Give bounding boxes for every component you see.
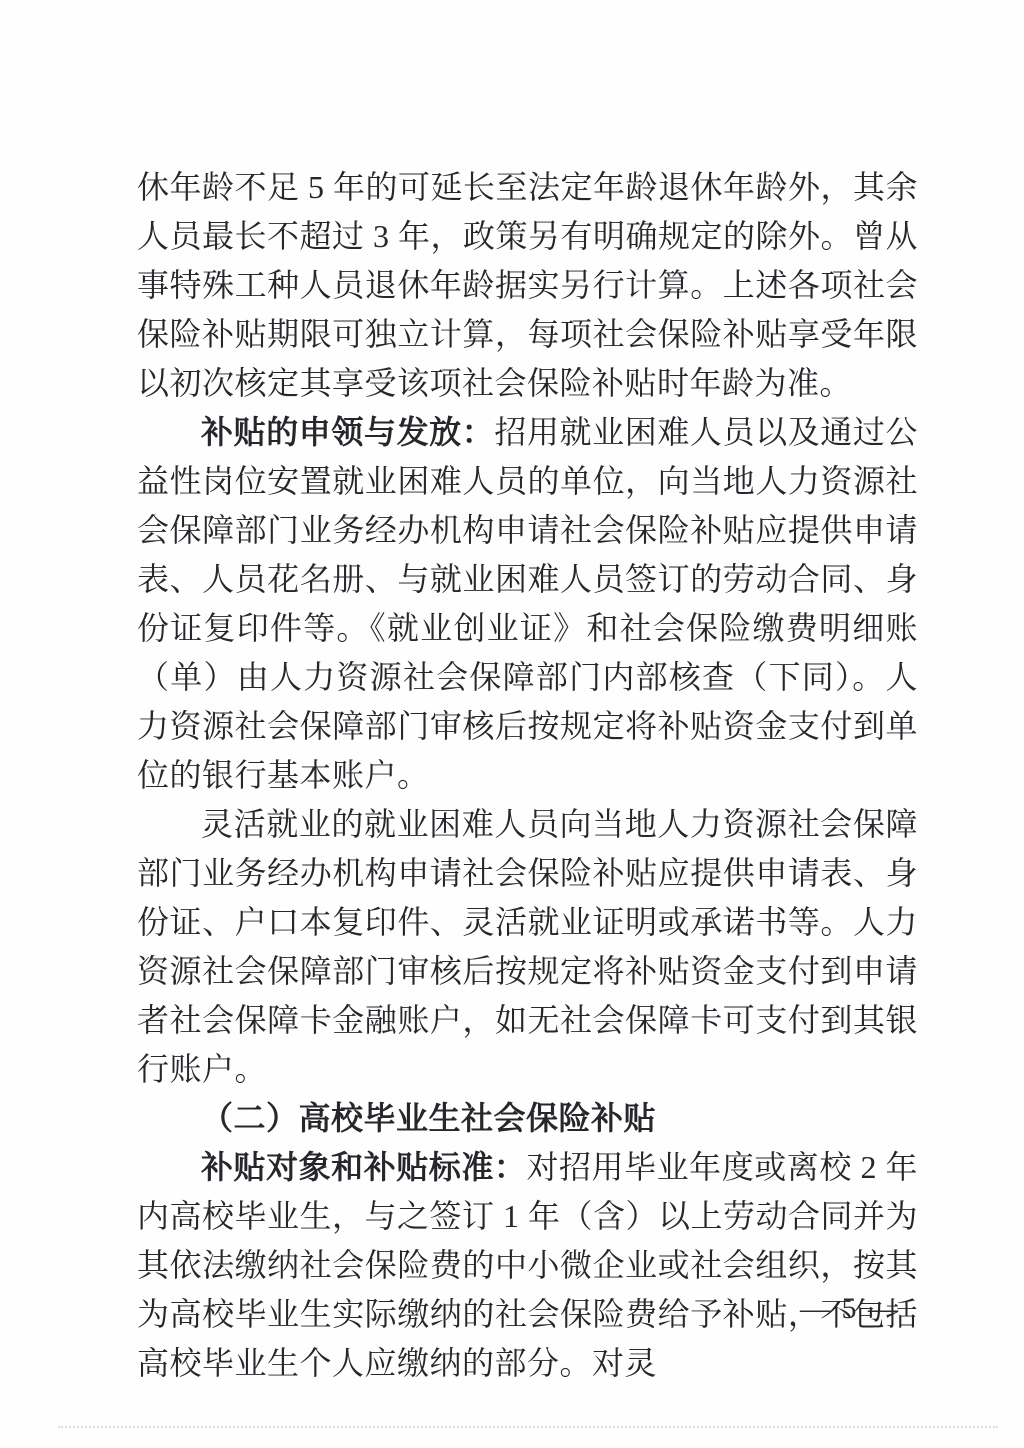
paragraph-text: 招用就业困难人员以及通过公益性岗位安置就业困难人员的单位，向当地人力资源社会保障… [137, 414, 918, 793]
run-in-heading-subsidy-target: 补贴对象和补贴标准： [201, 1149, 526, 1185]
document-body: 休年龄不足 5 年的可延长至法定年龄退休年龄外，其余人员最长不超过 3 年，政策… [137, 163, 918, 1388]
paragraph-subsidy-target-standard: 补贴对象和补贴标准：对招用毕业年度或离校 2 年内高校毕业生，与之签订 1 年（… [137, 1143, 918, 1388]
paragraph-flexible-employment: 灵活就业的就业困难人员向当地人力资源社会保障部门业务经办机构申请社会保险补贴应提… [137, 800, 918, 1094]
paragraph-subsidy-application-unit: 补贴的申领与发放：招用就业困难人员以及通过公益性岗位安置就业困难人员的单位，向当… [137, 408, 918, 800]
document-page: 休年龄不足 5 年的可延长至法定年龄退休年龄外，其余人员最长不超过 3 年，政策… [0, 0, 1024, 1448]
paragraph-text: 休年龄不足 5 年的可延长至法定年龄退休年龄外，其余人员最长不超过 3 年，政策… [137, 169, 918, 401]
run-in-heading-subsidy-application: 补贴的申领与发放： [201, 414, 494, 450]
scan-artifact-line [58, 1426, 998, 1428]
section-heading-text: （二）高校毕业生社会保险补贴 [201, 1100, 656, 1136]
page-number: — 5 — [800, 1292, 900, 1326]
paragraph-retirement-age-rules: 休年龄不足 5 年的可延长至法定年龄退休年龄外，其余人员最长不超过 3 年，政策… [137, 163, 918, 408]
section-heading-graduate-subsidy: （二）高校毕业生社会保险补贴 [137, 1094, 918, 1143]
paragraph-text: 灵活就业的就业困难人员向当地人力资源社会保障部门业务经办机构申请社会保险补贴应提… [137, 806, 918, 1087]
